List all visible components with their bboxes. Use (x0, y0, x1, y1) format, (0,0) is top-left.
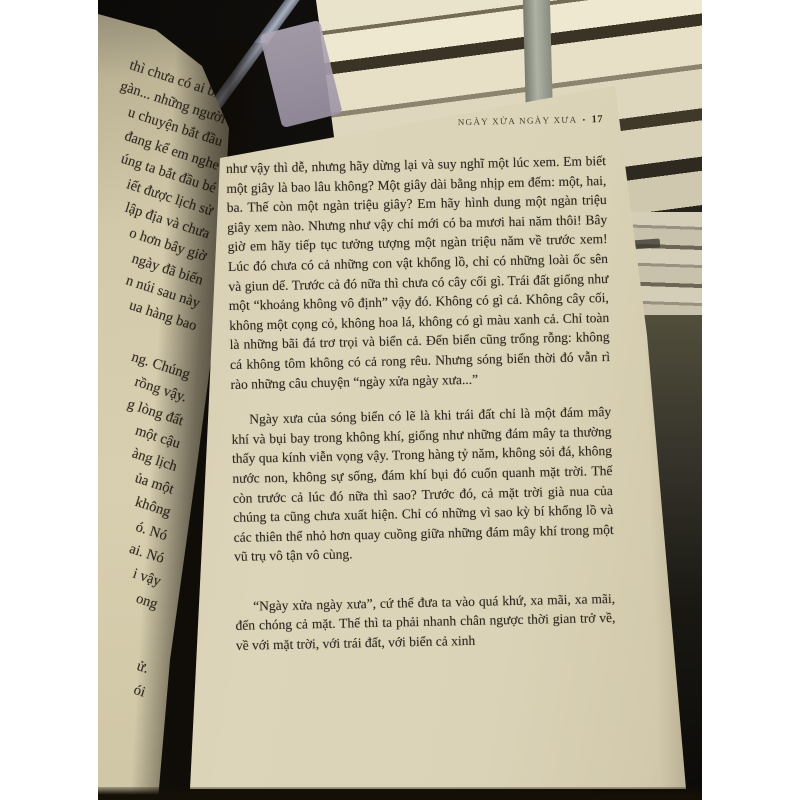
paragraph: “Ngày xửa ngày xưa”, cứ thế đưa ta vào q… (235, 589, 616, 656)
paragraph: như vậy thì dễ, nhưng hãy dừng lại và su… (226, 151, 611, 394)
header-separator: • (582, 115, 586, 124)
table-shadow (98, 787, 702, 800)
page-number: 17 (591, 114, 603, 125)
running-title: NGÀY XỬA NGÀY XƯA (458, 115, 578, 128)
page-content: NGÀY XỬA NGÀY XƯA•17 như vậy thì dễ, như… (225, 114, 616, 655)
paragraph: Ngày xưa của sóng biển có lẽ là khi trái… (231, 402, 614, 567)
book-photo: thì chưa có ai biết gàn... những người u… (98, 0, 702, 800)
